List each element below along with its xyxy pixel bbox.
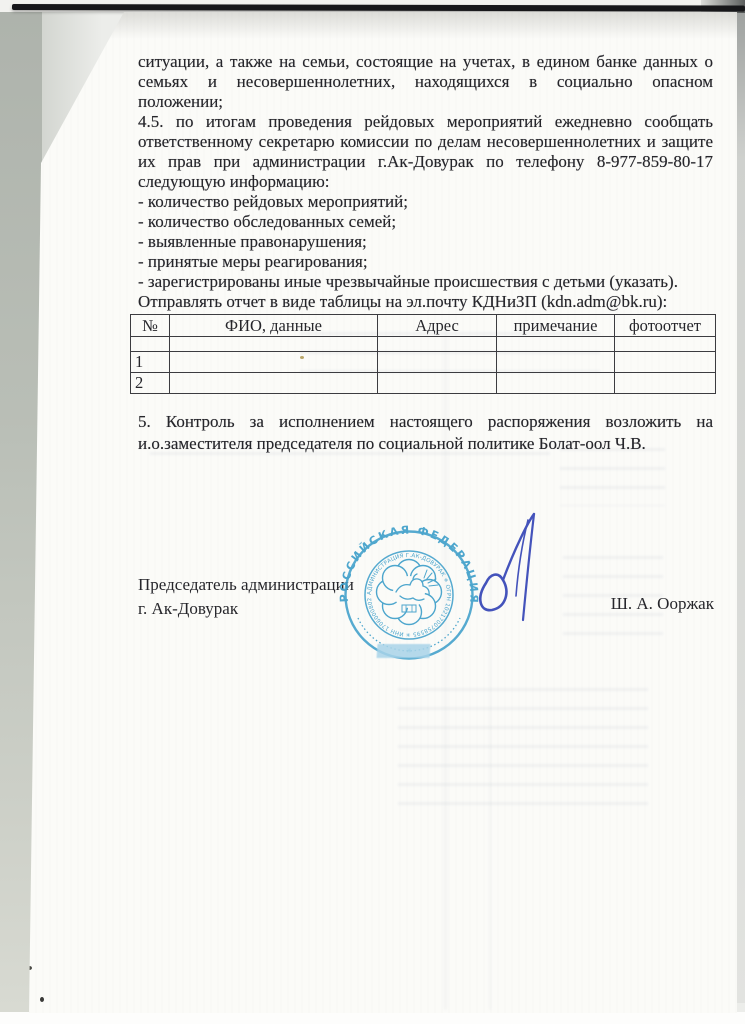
body-line: их прав при администрации г.Ак-Довурак п… — [138, 152, 713, 172]
table-cell — [170, 352, 378, 373]
signoff-city-line: г. Ак-Довурак — [138, 598, 354, 619]
table-cell — [378, 352, 497, 373]
table-cell — [170, 337, 378, 352]
table-cell — [170, 373, 378, 394]
list-item: - количество рейдовых мероприятий; — [138, 192, 713, 212]
table-header-cell: Адрес — [378, 315, 497, 337]
scanner-bed-bottom — [0, 1012, 745, 1024]
table-row — [131, 337, 716, 352]
signature-stroke — [470, 508, 560, 630]
table-row: 1 — [131, 352, 716, 373]
table-header-cell: ФИО, данные — [170, 315, 378, 337]
signoff-title-line: Председатель администрации — [138, 574, 354, 595]
stamp-emblem-center — [393, 576, 425, 608]
paragraph-5: 5. Контроль за исполнением настоящего ра… — [138, 411, 713, 455]
list-item: - количество обследованных семей; — [138, 212, 713, 232]
paragraph-5-line: и.о.заместителя председателя по социальн… — [138, 433, 713, 455]
body-line: Отправлять отчет в виде таблицы на эл.по… — [138, 292, 713, 312]
signoff-block: Председатель администрации г. Ак-Довурак — [138, 574, 354, 619]
table-cell — [615, 337, 716, 352]
table-cell — [615, 352, 716, 373]
paragraph-5-line: 5. Контроль за исполнением настоящего ра… — [138, 411, 713, 433]
ghost-text-bleedthrough — [560, 448, 665, 506]
table-header-cell: примечание — [497, 315, 615, 337]
body-line: ответственному секретарю комиссии по дел… — [138, 132, 713, 152]
ghost-text-bleedthrough — [398, 688, 648, 806]
top-edge-shadow — [110, 11, 745, 39]
table-cell — [615, 373, 716, 394]
handwritten-signature — [470, 508, 560, 630]
body-line: ситуации, а также на семьи, состоящие на… — [138, 52, 713, 72]
table-header-row: № ФИО, данные Адрес примечание фотоотчет — [131, 315, 716, 337]
table-cell — [497, 373, 615, 394]
table-header-cell: № — [131, 315, 170, 337]
body-line: положении; — [138, 92, 713, 112]
table-cell: 1 — [131, 352, 170, 373]
body-line: следующую информацию: — [138, 172, 713, 192]
body-line: 4.5. по итогам проведения рейдовых мероп… — [138, 112, 713, 132]
list-item: - зарегистрированы иные чрезвычайные про… — [138, 272, 713, 292]
table-cell — [497, 352, 615, 373]
table-header-cell: фотоотчет — [615, 315, 716, 337]
table-cell — [378, 337, 497, 352]
list-item: - выявленные правонарушения; — [138, 232, 713, 252]
stamp-highlight-patch — [377, 644, 431, 658]
document-body: ситуации, а также на семьи, состоящие на… — [138, 52, 713, 312]
dust-speck — [40, 997, 44, 1002]
table-cell — [497, 337, 615, 352]
table-cell — [131, 337, 170, 352]
scanned-document: ситуации, а также на семьи, состоящие на… — [0, 0, 745, 1024]
signatory-name: Ш. А. Ооржак — [560, 594, 714, 614]
table-row: 2 — [131, 373, 716, 394]
report-table: № ФИО, данные Адрес примечание фотоотчет… — [130, 314, 716, 394]
table-cell — [378, 373, 497, 394]
page-right-edge-shadow — [737, 13, 745, 1003]
list-item: - принятые меры реагирования; — [138, 252, 713, 272]
body-line: семьях и несовершеннолетних, находящихся… — [138, 72, 713, 92]
table-cell: 2 — [131, 373, 170, 394]
paper-sheet: ситуации, а также на семьи, состоящие на… — [0, 0, 745, 1024]
